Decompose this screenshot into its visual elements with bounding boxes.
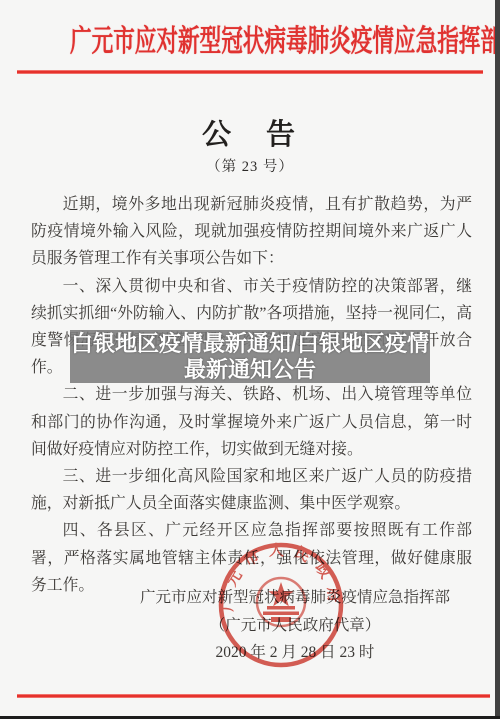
letterhead-divider-line xyxy=(17,70,483,74)
paragraph-item-3: 三、进一步细化高风险国家和地区来广返广人员的防疫措施，对新抵广人员全面落实健康监… xyxy=(31,463,472,517)
photo-edge-right xyxy=(495,0,500,719)
seal-emblem-icon xyxy=(257,578,305,626)
letterhead-title: 广元市应对新型冠状病毒肺炎疫情应急指挥部 xyxy=(70,16,430,60)
footer-divider-line xyxy=(17,694,490,698)
paragraph-intro: 近期，境外多地出现新冠肺炎疫情，且有扩散趋势，为严防疫情境外输入风险，现就加强疫… xyxy=(31,191,472,273)
watermark-overlay: 白银地区疫情最新通知/白银地区疫情最新通知公告 xyxy=(70,330,430,383)
notice-body: 近期，境外多地出现新冠肺炎疫情，且有扩散趋势，为严防疫情境外输入风险，现就加强疫… xyxy=(31,191,472,599)
notice-number: （第 23 号） xyxy=(0,155,500,176)
notice-document-page: 广元市应对新型冠状病毒肺炎疫情应急指挥部 公 告 （第 23 号） 近期，境外多… xyxy=(0,0,500,719)
official-seal-icon: 广元市人民政府 xyxy=(216,540,346,670)
watermark-text: 白银地区疫情最新通知/白银地区疫情最新通知公告 xyxy=(70,331,430,383)
paragraph-item-2: 二、进一步加强与海关、铁路、机场、出入境管理等单位和部门的协作沟通，及时掌握境外… xyxy=(31,381,472,463)
notice-title: 公 告 xyxy=(0,112,500,153)
